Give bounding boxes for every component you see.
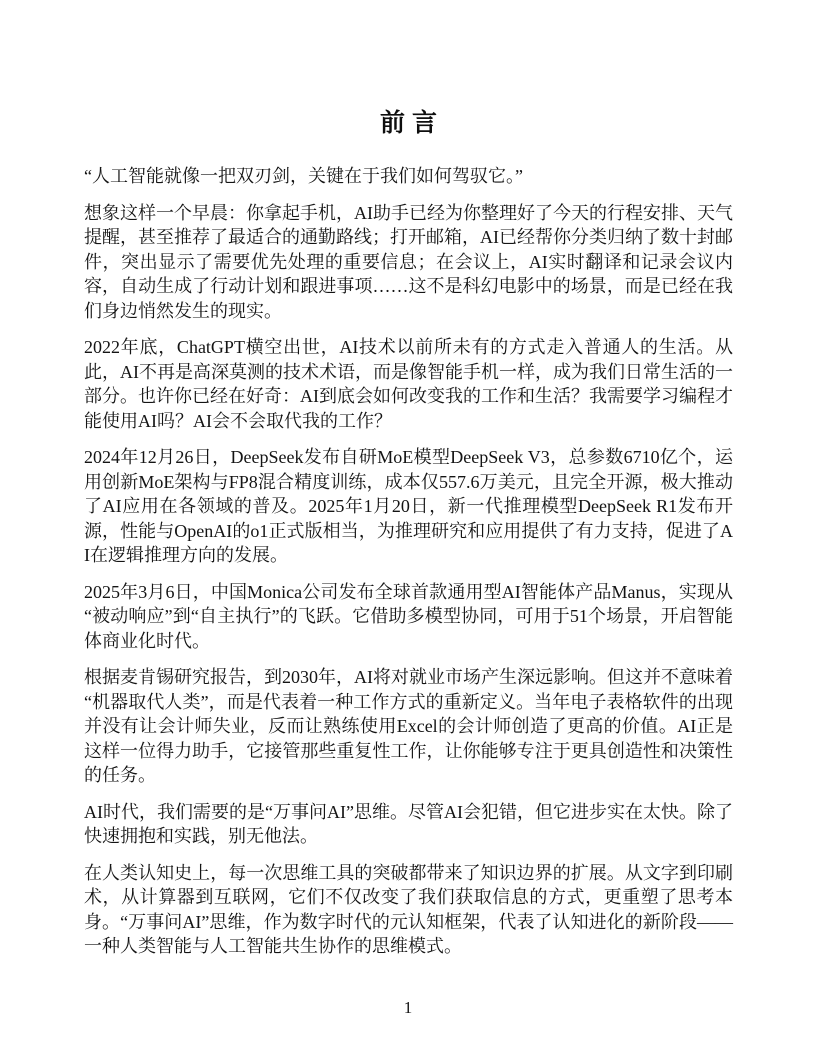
document-content: 前言 “人工智能就像一把双刃剑，关键在于我们如何驾驭它。” 想象这样一个早晨：你… [84,103,733,971]
page-number: 1 [0,998,816,1018]
paragraph-morning-scene: 想象这样一个早晨：你拿起手机，AI助手已经为你整理好了今天的行程安排、天气提醒，… [84,201,733,324]
page-title: 前言 [84,103,733,139]
document-page: 前言 “人工智能就像一把双刃剑，关键在于我们如何驾驭它。” 想象这样一个早晨：你… [0,0,816,1056]
paragraph-deepseek-2024: 2024年12月26日，DeepSeek发布自研MoE模型DeepSeek V3… [84,445,733,568]
paragraph-manus-2025: 2025年3月6日，中国Monica公司发布全球首款通用型AI智能体产品Manu… [84,580,733,654]
paragraph-cognition-history: 在人类认知史上，每一次思维工具的突破都带来了知识边界的扩展。从文字到印刷术，从计… [84,861,733,959]
paragraph-mckinsey-2030: 根据麦肯锡研究报告，到2030年，AI将对就业市场产生深远影响。但这并不意味着“… [84,665,733,788]
paragraph-chatgpt-2022: 2022年底，ChatGPT横空出世，AI技术以前所未有的方式走入普通人的生活。… [84,335,733,433]
quote-paragraph: “人工智能就像一把双刃剑，关键在于我们如何驾驭它。” [84,164,733,189]
paragraph-ask-ai-mindset: AI时代，我们需要的是“万事问AI”思维。尽管AI会犯错，但它进步实在太快。除了… [84,800,733,849]
